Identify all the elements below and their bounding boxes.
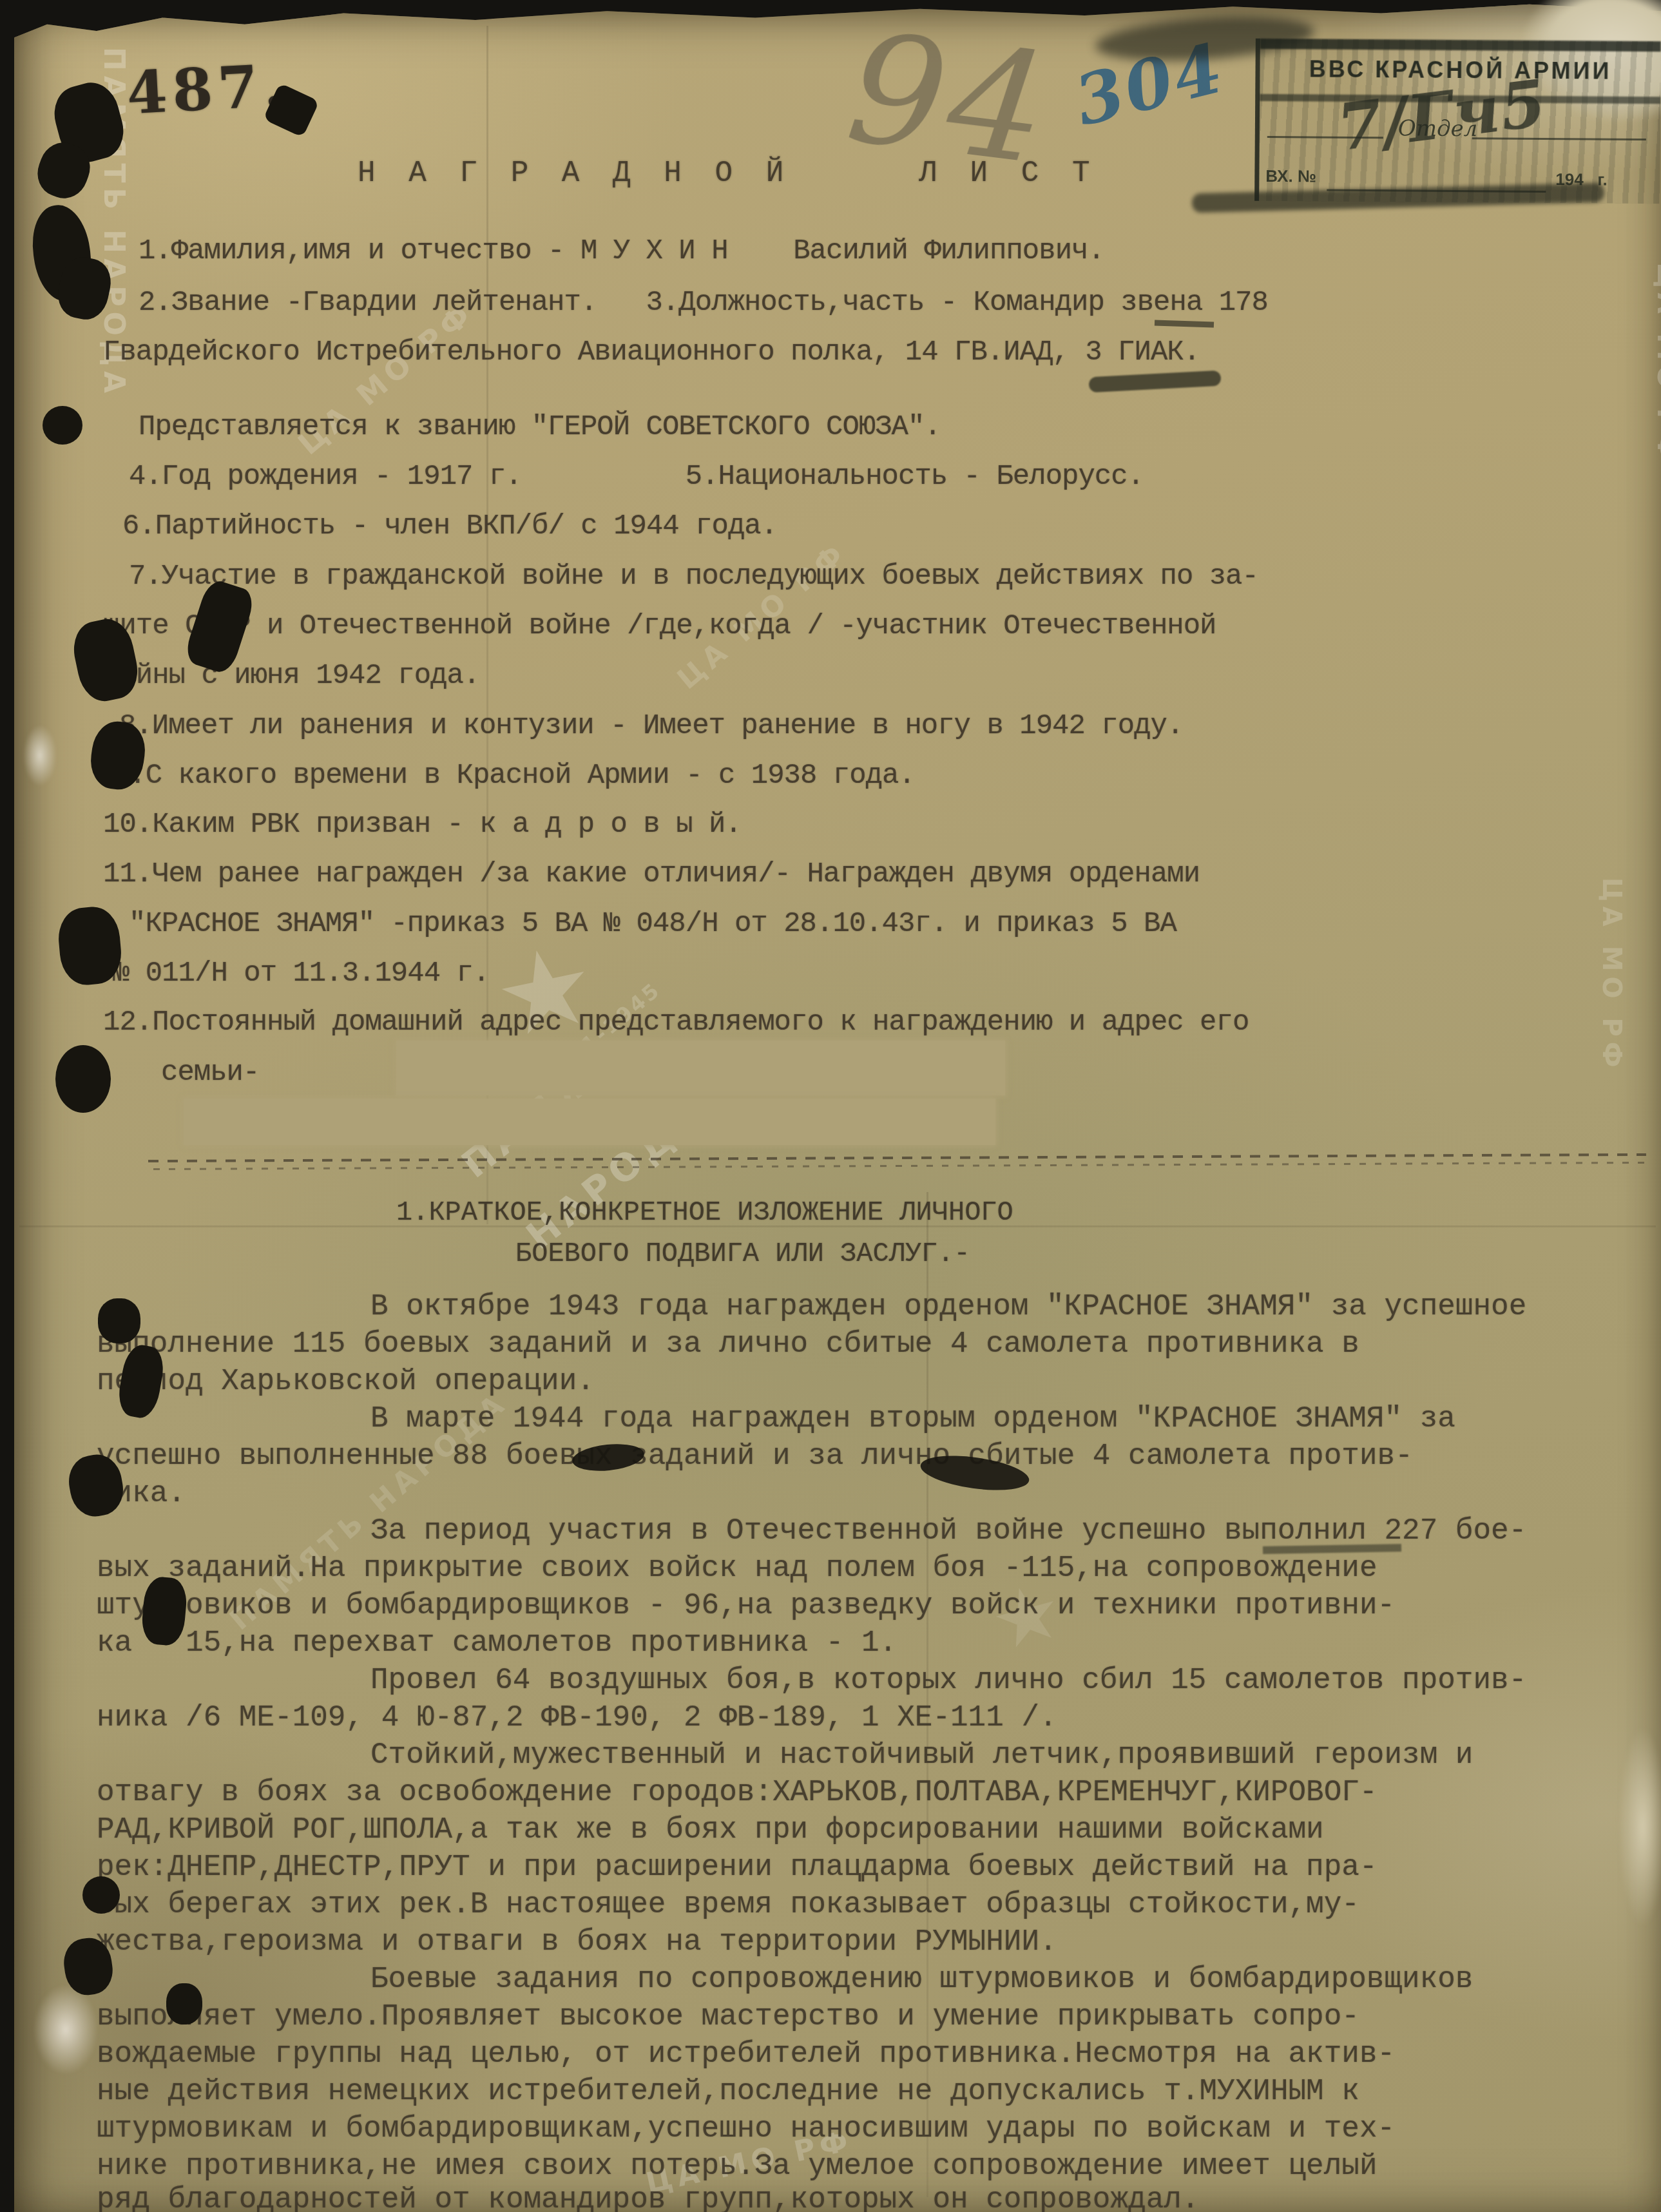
body-line: выполняет умело.Проявляет высокое мастер… <box>97 2000 1359 2034</box>
document-title: Н А Г Р А Д Н О Й Л И С Т <box>358 157 1098 190</box>
body-line: отвагу в боях за освобождение городов:ХА… <box>97 1776 1378 1809</box>
scanned-award-document: ПАМЯТЬ НАРОДА ЦА МО РФ ЦА МО РФ ★ 1941-1… <box>0 0 1661 2212</box>
form-line: 8.Имеет ли ранения и контузии - Имеет ра… <box>119 710 1183 742</box>
body-line: рек:ДНЕПР,ДНЕСТР,ПРУТ и при расширении п… <box>97 1851 1378 1884</box>
body-line: ника /6 МЕ-109, 4 Ю-87,2 ФВ-190, 2 ФВ-18… <box>97 1701 1057 1735</box>
stamp-border <box>1260 39 1661 52</box>
form-line: 9.С какого времени в Красной Армии - с 1… <box>113 760 915 792</box>
body-line: Провел 64 воздушных боя,в которых лично … <box>370 1664 1526 1697</box>
form-line: войны с июня 1942 года. <box>103 660 479 692</box>
form-line: № 011/Н от 11.3.1944 г. <box>113 957 489 990</box>
form-line: 2.Звание -Гвардии лейтенант. 3.Должность… <box>139 287 1268 319</box>
form-line: Представляется к званию "ГЕРОЙ СОВЕТСКОГ… <box>139 411 941 443</box>
stamp-incoming-number-label: ВХ. № <box>1265 166 1316 187</box>
body-line: В октябре 1943 года награжден орденом "К… <box>370 1290 1526 1323</box>
form-line: Гвардейского Истребительного Авиационног… <box>103 336 1200 369</box>
body-line: РАД,КРИВОЙ РОГ,ШПОЛА,а так же в боях при… <box>97 1813 1324 1847</box>
body-line: штурмовикам и бомбардировщикам,успешно н… <box>97 2112 1395 2146</box>
form-line: 11.Чем ранее награжден /за какие отличия… <box>103 858 1200 890</box>
stamp-blank-line <box>1327 189 1546 193</box>
form-line: "КРАСНОЕ ЗНАМЯ" -приказ 5 ВА № 048/Н от … <box>129 908 1176 940</box>
section-header-line2: БОЕВОГО ПОДВИГА ИЛИ ЗАСЛУГ.- <box>515 1238 970 1269</box>
body-line: Стойкий,мужественный и настойчивый летчи… <box>370 1738 1473 1772</box>
form-line: 12.Постоянный домашний адрес представляе… <box>103 1006 1249 1039</box>
body-line: В марте 1944 года награжден вторым орден… <box>370 1402 1455 1436</box>
redaction-block <box>184 1099 995 1145</box>
form-line: 10.Каким РВК призван - к а д р о в ы й. <box>103 809 742 841</box>
body-line: Боевые задания по сопровождению штурмови… <box>370 1963 1473 1996</box>
body-line: вождаемые группы над целью, от истребите… <box>97 2037 1395 2071</box>
body-line: жества,героизма и отваги в боях на терри… <box>97 1925 1057 1959</box>
redaction-block <box>396 1041 1005 1095</box>
form-line: 7.Участие в гражданской войне и в послед… <box>129 561 1258 593</box>
body-line: ные действия немецких истребителей,после… <box>97 2075 1359 2108</box>
body-line: период Харьковской операции. <box>97 1365 595 1398</box>
body-line: вых заданий.На прикрытие своих войск над… <box>97 1552 1378 1585</box>
body-line: ника. <box>97 1477 186 1510</box>
archive-sheet-number: - 487. <box>70 51 290 130</box>
form-line: 4.Год рождения - 1917 г. 5.Национальност… <box>129 461 1144 493</box>
body-line: успешно выполненные 88 боевых заданий и … <box>97 1439 1413 1473</box>
body-line: За период участия в Отечественной войне … <box>370 1514 1526 1548</box>
body-line: выполнение 115 боевых заданий и за лично… <box>97 1327 1359 1361</box>
body-line: вых берегах этих рек.В настоящее время п… <box>97 1888 1359 1921</box>
form-line: 1.Фамилия,имя и отчество - М У Х И Н Вас… <box>139 235 1104 267</box>
body-line: нике противника,не имея своих потерь.За … <box>97 2149 1378 2183</box>
stamp-year: 194 г. <box>1555 169 1608 190</box>
section-header-line1: 1.КРАТКОЕ,КОНКРЕТНОЕ ИЗЛОЖЕНИЕ ЛИЧНОГО <box>396 1197 1013 1228</box>
body-line: штурмовиков и бомбардировщиков - 96,на р… <box>97 1589 1395 1622</box>
form-line: семьи- <box>161 1057 259 1089</box>
body-line: ряд благодарностей от командиров групп,к… <box>97 2183 1199 2212</box>
body-line: ка - 15,на перехват самолетов противника… <box>97 1626 897 1660</box>
form-line: 6.Партийность - член ВКП/б/ с 1944 года. <box>122 510 777 543</box>
form-line: щите СССР и Отечественной войне /где,ког… <box>103 610 1216 642</box>
